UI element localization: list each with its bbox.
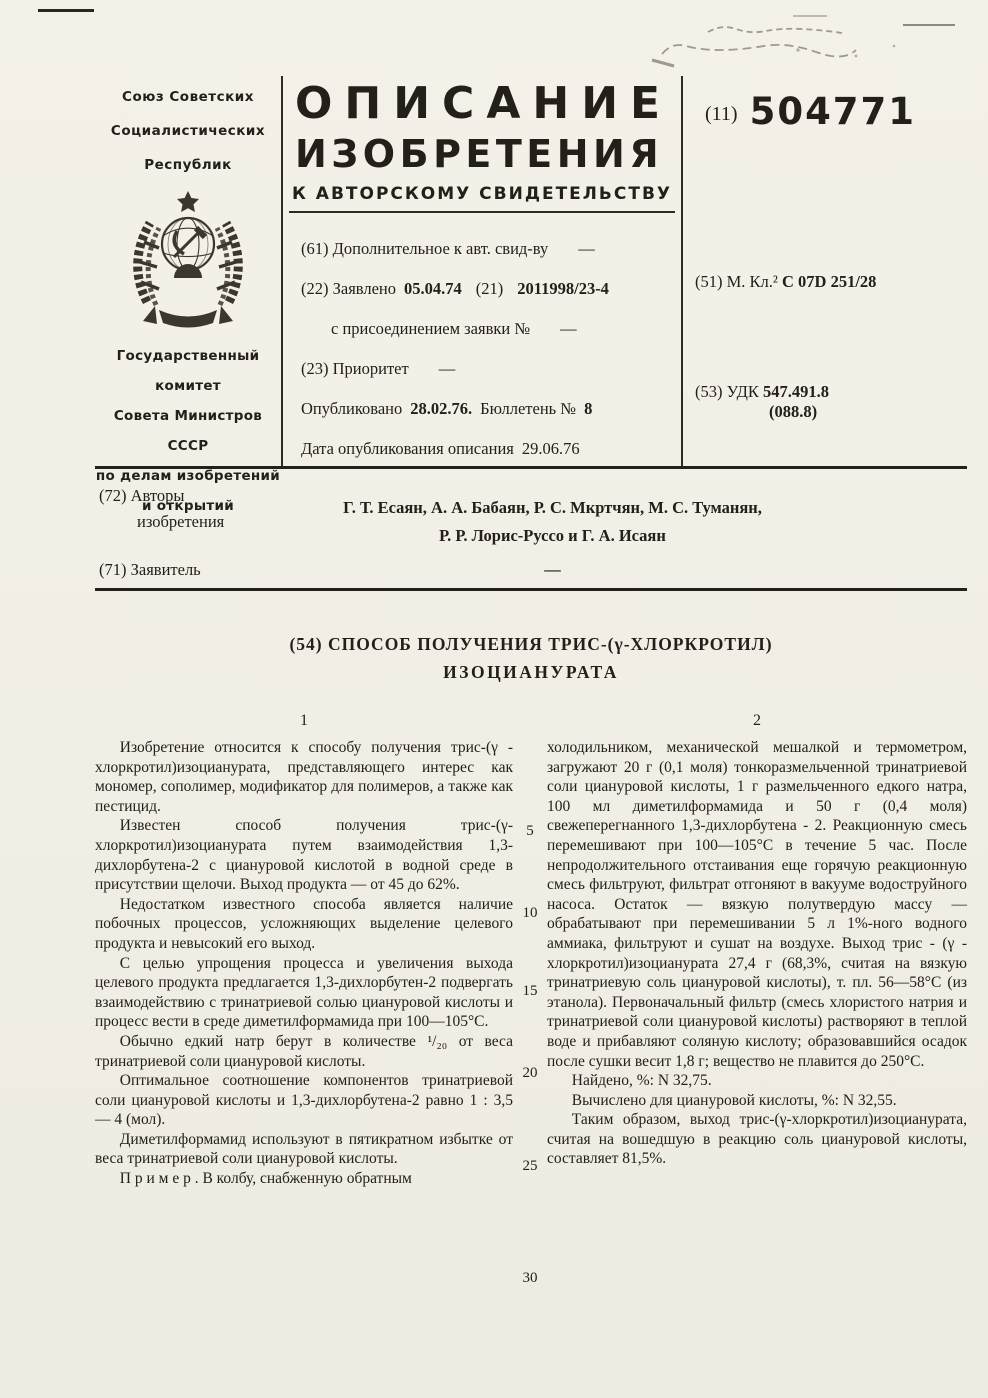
- numbers-column: (11)504771 (51) М. Кл.² C 07D 251/28 (53…: [683, 76, 967, 466]
- invention-title: (54) СПОСОБ ПОЛУЧЕНИЯ ТРИС-(γ-ХЛОРКРОТИЛ…: [95, 634, 967, 683]
- bibliographic-header: Союз Советских Социалистических Республи…: [95, 76, 967, 466]
- line-number: 15: [513, 983, 547, 1000]
- field-join-label: с присоединением заявки №: [331, 319, 530, 339]
- classification-value: C 07D 251/28: [782, 272, 876, 291]
- published-label: Опубликовано: [301, 399, 402, 419]
- field-join-value: —: [560, 319, 577, 339]
- field-22-date: 05.04.74: [404, 279, 462, 299]
- udk-value: 547.491.8: [763, 382, 829, 401]
- line-number: 5: [513, 823, 547, 840]
- description-date-value: 29.06.76: [522, 439, 580, 459]
- field-21-code: (21): [476, 279, 504, 299]
- field-61: (61) Дополнительное к авт. свид-ву —: [289, 229, 675, 269]
- line-number: 25: [513, 1158, 547, 1175]
- committee-line1: Государственный комитет: [95, 341, 281, 401]
- udk-code: (53): [695, 382, 723, 401]
- applicant-label: (71) Заявитель: [99, 560, 201, 580]
- field-23-value: —: [439, 359, 456, 379]
- authors-section: (72) Авторы изобретения Г. Т. Есаян, А. …: [95, 486, 967, 586]
- bulletin-label: Бюллетень №: [480, 399, 576, 419]
- field-61-value: —: [578, 239, 595, 259]
- published-date: 28.02.76.: [410, 399, 472, 419]
- classification-field: (51) М. Кл.² C 07D 251/28: [695, 272, 876, 292]
- column-2-number: 2: [547, 712, 967, 730]
- bulletin-number: 8: [584, 399, 592, 419]
- authors-code-line2: изобретения: [137, 512, 224, 532]
- committee-line2: Совета Министров СССР: [95, 401, 281, 461]
- bibliographic-fields: (61) Дополнительное к авт. свид-ву — (22…: [289, 229, 675, 469]
- header-bottom-rule: [95, 466, 967, 469]
- udk-value-2: (088.8): [695, 402, 829, 422]
- union-name-line3: Республик: [95, 148, 281, 182]
- column-1-number: 1: [95, 712, 513, 730]
- publication-number-code: (11): [705, 103, 738, 125]
- field-join-application: с присоединением заявки № —: [289, 309, 675, 349]
- union-name-line1: Союз Советских: [95, 80, 281, 114]
- scan-top-left-mark: [38, 9, 94, 12]
- line-number: 10: [513, 905, 547, 922]
- issuing-authority-column: Союз Советских Социалистических Республи…: [95, 76, 281, 466]
- paragraph: Найдено, %: N 32,75.: [547, 1071, 967, 1091]
- description-column: ОПИСАНИЕ ИЗОБРЕТЕНИЯ К АВТОРСКОМУ СВИДЕТ…: [283, 76, 681, 466]
- paragraph: С целью упрощения процесса и увеличения …: [95, 954, 513, 1032]
- doc-type-word1: ОПИСАНИЕ: [295, 82, 675, 126]
- authors-names-line2: Р. Р. Лорис-Руссо и Г. А. Исаян: [275, 526, 830, 546]
- ussr-coat-of-arms-icon: [113, 186, 263, 332]
- authors-code: (72) Авторы: [99, 486, 185, 506]
- field-61-label: (61) Дополнительное к авт. свид-ву: [301, 239, 548, 259]
- field-published: Опубликовано 28.02.76. Бюллетень № 8: [289, 389, 675, 429]
- line-number: 30: [513, 1270, 547, 1287]
- paragraph: Таким образом, выход трис-(γ-хлоркротил)…: [547, 1110, 967, 1169]
- line-number: 20: [513, 1065, 547, 1082]
- body-column-1: 1 Изобретение относится к способу получе…: [95, 712, 513, 1189]
- doc-type-subtitle: К АВТОРСКОМУ СВИДЕТЕЛЬСТВУ: [289, 184, 675, 204]
- paragraph: Диметилформамид используют в пятикратном…: [95, 1130, 513, 1169]
- authors-bottom-rule: [95, 588, 967, 591]
- udk-field: (53) УДК 547.491.8 (088.8): [695, 382, 829, 422]
- field-22: (22) Заявлено 05.04.74 (21) 2011998/23-4: [289, 269, 675, 309]
- invention-title-line1: (54) СПОСОБ ПОЛУЧЕНИЯ ТРИС-(γ-ХЛОРКРОТИЛ…: [95, 634, 967, 655]
- paragraph: Изобретение относится к способу получени…: [95, 738, 513, 816]
- publication-number-value: 504771: [750, 90, 916, 133]
- paragraph: П р и м е р . В колбу, снабженную обратн…: [95, 1169, 513, 1189]
- paragraph: Обычно едкий натр берут в количестве ¹/₂…: [95, 1032, 513, 1071]
- publication-number: (11)504771: [705, 90, 916, 133]
- field-description-date: Дата опубликования описания 29.06.76: [289, 429, 675, 469]
- applicant-value: —: [275, 560, 830, 580]
- handwritten-marks: [648, 16, 968, 76]
- invention-title-line2: ИЗОЦИАНУРАТА: [95, 662, 967, 683]
- paragraph: Недостатком известного способа является …: [95, 895, 513, 954]
- paragraph: Вычислено для циануровой кислоты, %: N 3…: [547, 1091, 967, 1111]
- paragraph: Известен способ получения трис-(γ-хлоркр…: [95, 816, 513, 894]
- paragraph: Оптимальное соотношение компонентов трин…: [95, 1071, 513, 1130]
- field-23: (23) Приоритет —: [289, 349, 675, 389]
- patent-document-page: Союз Советских Социалистических Республи…: [0, 0, 988, 1398]
- subtitle-rule: [289, 211, 675, 213]
- classification-label: М. Кл.²: [727, 272, 778, 291]
- union-name: Союз Советских Социалистических Республи…: [95, 76, 281, 182]
- field-23-label: (23) Приоритет: [301, 359, 409, 379]
- union-name-line2: Социалистических: [95, 114, 281, 148]
- classification-code: (51): [695, 272, 723, 291]
- description-date-label: Дата опубликования описания: [301, 439, 514, 459]
- field-22-label: (22) Заявлено: [301, 279, 396, 299]
- udk-label: УДК: [727, 382, 759, 401]
- field-21-number: 2011998/23-4: [517, 279, 609, 299]
- paragraph: холодильником, механической мешалкой и т…: [547, 738, 967, 1071]
- authors-names-line1: Г. Т. Есаян, А. А. Бабаян, Р. С. Мкртчян…: [275, 498, 830, 518]
- body-column-2: 2 холодильником, механической мешалкой и…: [547, 712, 967, 1189]
- line-number-gutter: 5 10 15 20 25 30: [513, 712, 547, 1189]
- doc-type-word2: ИЗОБРЕТЕНИЯ: [295, 135, 675, 173]
- document-body: 1 Изобретение относится к способу получе…: [95, 712, 967, 1189]
